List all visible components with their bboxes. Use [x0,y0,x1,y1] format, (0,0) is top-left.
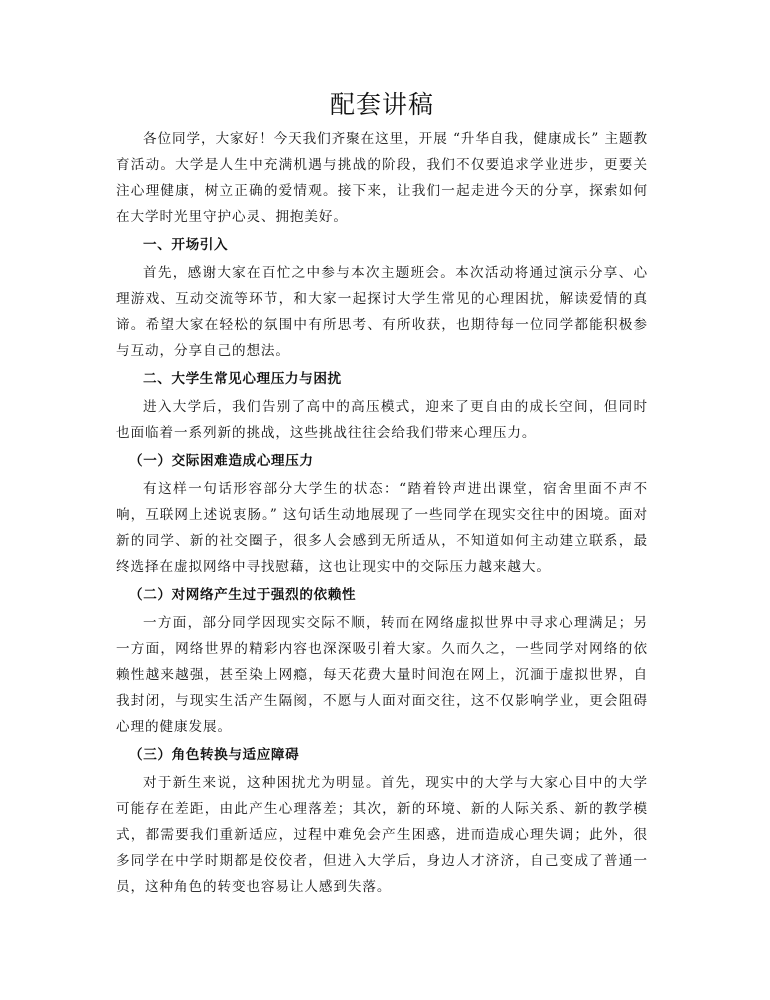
internet-paragraph: 一方面，部分同学因现实交际不顺，转而在网络虚拟世界中寻求心理满足；另一方面，网络… [116,610,648,740]
opening-paragraph: 首先，感谢大家在百忙之中参与本次主题班会。本次活动将通过演示分享、心理游戏、互动… [116,260,648,364]
section-heading-opening: 一、开场引入 [116,232,648,258]
document-page: 配套讲稿 各位同学，大家好！今天我们齐聚在这里，开展 “升华自我，健康成长” 主… [116,88,648,900]
section-heading-pressures: 二、大学生常见心理压力与困扰 [116,366,648,392]
intro-paragraph: 各位同学，大家好！今天我们齐聚在这里，开展 “升华自我，健康成长” 主题教育活动… [116,126,648,230]
role-paragraph: 对于新生来说，这种困扰尤为明显。首先，现实中的大学与大家心目中的大学可能存在差距… [116,770,648,900]
pressures-paragraph: 进入大学后，我们告别了高中的高压模式，迎来了更自由的成长空间，但同时也面临着一系… [116,394,648,446]
social-paragraph: 有这样一句话形容部分大学生的状态：“踏着铃声进出课堂，宿舍里面不声不响，互联网上… [116,476,648,580]
subsection-heading-role: （三）角色转换与适应障碍 [116,742,648,768]
document-title: 配套讲稿 [116,88,648,122]
subsection-heading-internet: （二）对网络产生过于强烈的依赖性 [116,582,648,608]
subsection-heading-social: （一）交际困难造成心理压力 [116,448,648,474]
